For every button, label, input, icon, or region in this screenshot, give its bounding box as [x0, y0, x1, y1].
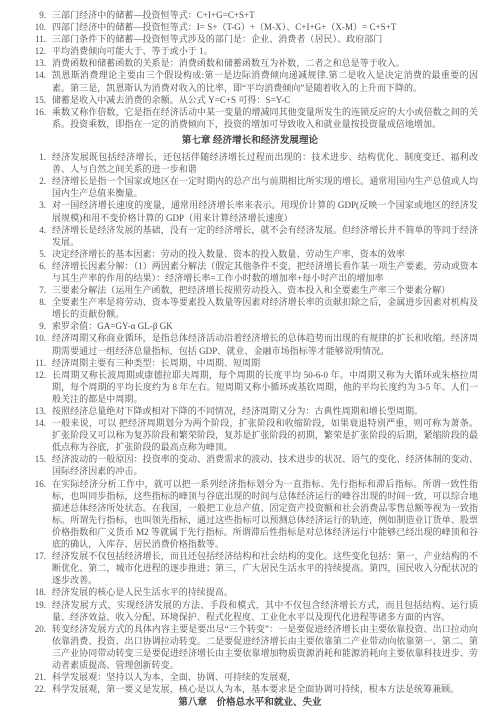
- item-number: 8.: [28, 296, 46, 308]
- list-item: 17.经济发展不仅包括经济增长，而且还包括经济结构和社会结构的变化。这些变化包括…: [52, 550, 478, 586]
- item-number: 11.: [28, 357, 46, 369]
- list-item: 6.经济增长因素分解：（1）两因素分解法（假定其他条件不变，把经济增长看作某一项…: [52, 260, 478, 284]
- list-item: 10.四部门经济中的储蓄—投资恒等式：I= S+（T-G）+（M-X）、C+I+…: [52, 21, 478, 33]
- chapter8-heading: 第八章 价格总水平和就业、失业: [0, 697, 500, 707]
- item-number: 9.: [28, 320, 46, 332]
- item-number: 13.: [28, 405, 46, 417]
- list-item: 9.三部门经济中的储蓄—投资恒等式：C+I+G=C+S+T: [52, 9, 478, 21]
- list-item: 15.经济波动的一般原因：投资率的变动、消费需求的波动、技术进步的状况、语气的变…: [52, 453, 478, 477]
- item-text: 按照经济总量绝对下降或相对下降的不同情况，经济周期又分为：古典性周期和增长型周期…: [52, 406, 423, 416]
- list-item: 20.转变经济发展方式的具体内容主要是要出尽“三个转变”：一是要促进经济增长由主…: [52, 623, 478, 671]
- list-item: 9.索罗余值：GA=GY-α GL-β GK: [52, 320, 478, 332]
- item-text: 经济周期主要有三种类型：长周期、中周期、短周期: [52, 358, 260, 368]
- list-item: 2.经济增长是指一个国家或地区在一定时期内的总产出与前期相比所实现的增长。通常用…: [52, 175, 478, 199]
- item-number: 11.: [28, 33, 46, 45]
- item-number: 1.: [28, 151, 46, 163]
- list-item: 11.经济周期主要有三种类型：长周期、中周期、短周期: [52, 357, 478, 369]
- list-item: 12.平均消费倾向可能大于、等于或小于 1。: [52, 45, 478, 57]
- list-item: 16.乘数又称作倍数，它是指在经济活动中某一变量的增减同其他变量所发生的连锁反应…: [52, 106, 478, 130]
- list-item: 14.一般来说，可以 把经济周期划分为两个阶段，扩张阶段和收缩阶段，如果衰退特别…: [52, 417, 478, 453]
- list-item: 13.按照经济总量绝对下降或相对下降的不同情况，经济周期又分为：古典性周期和增长…: [52, 405, 478, 417]
- list-item: 7.三要素分解法（运用生产函数，把经济增长按照劳动投入、资本投入和全要素生产率三…: [52, 284, 478, 296]
- item-text: 凯恩斯消费理论主要由三个假设构成:第一是边际消费倾向递减规律.第二是收入是决定消…: [52, 70, 478, 92]
- item-text: 对一国经济增长速度的度量，通常用经济增长率来表示。用现价计算的 GDP(反映一个…: [52, 200, 478, 222]
- item-text: 经济发展方式，实现经济发展的方法、手段和模式，其中不仅包含经济增长方式，而且包括…: [52, 600, 478, 622]
- item-number: 20.: [28, 623, 46, 635]
- item-number: 16.: [28, 106, 46, 118]
- item-text: 决定经济增长的基本因素：劳动的投入数量、资本的投入数量、劳动生产率、资本的效率: [52, 249, 405, 259]
- item-number: 21.: [28, 671, 46, 683]
- item-text: 长周期又称长波周期或康德拉耶夫周期，每个周期的长度平均 50-6-0 年。中周期…: [52, 370, 478, 404]
- document-page: 9.三部门经济中的储蓄—投资恒等式：C+I+G=C+S+T10.四部门经济中的储…: [0, 0, 500, 707]
- item-text: 经济增长因素分解：（1）两因素分解法（假定其他条件不变，把经济增长看作某一项生产…: [52, 261, 478, 283]
- list-item: 13.消费函数和储蓄函数的关系是：消费函数和储蓄函数互为补数，二者之和总是等于收…: [52, 57, 478, 69]
- list-item: 4.经济增长是经济发展的基础，没有一定的经济增长，就不会有经济发展。但经济增长并…: [52, 224, 478, 248]
- item-number: 15.: [28, 453, 46, 465]
- item-text: 在实际经济分析工作中，就可以把一系列经济指标划分为一直指标、先行指标和滞后指标。…: [52, 479, 478, 549]
- item-number: 7.: [28, 284, 46, 296]
- item-number: 4.: [28, 224, 46, 236]
- item-text: 全要素生产率是将劳动、资本等要素投入数量等因素对经济增长率的贡献扣除之后，金属进…: [52, 297, 478, 319]
- list-item: 8.全要素生产率是将劳动、资本等要素投入数量等因素对经济增长率的贡献扣除之后，金…: [52, 296, 478, 320]
- item-number: 14.: [28, 417, 46, 429]
- list-item: 11.三部门条件下的储蓄—投资恒等式涉及的部门是：企业、消费者（居民）、政府部门: [52, 33, 478, 45]
- item-text: 储蓄是收入中减去消费的余额。从公式 Y=C+S 可得：S=Y-C: [52, 95, 290, 105]
- list-item: 12.长周期又称长波周期或康德拉耶夫周期，每个周期的长度平均 50-6-0 年。…: [52, 369, 478, 405]
- list-item: 21.科学发展观：坚持以人为本，全面、协调、可持续的发展观，: [52, 671, 478, 683]
- item-number: 3.: [28, 199, 46, 211]
- item-number: 22.: [28, 683, 46, 695]
- chapter6-notes-list: 9.三部门经济中的储蓄—投资恒等式：C+I+G=C+S+T10.四部门经济中的储…: [0, 9, 500, 130]
- item-number: 14.: [28, 69, 46, 81]
- list-item: 14.凯恩斯消费理论主要由三个假设构成:第一是边际消费倾向递减规律.第二是收入是…: [52, 69, 478, 93]
- item-text: 经济发展既包括经济增长，还包括伴随经济增长过程而出现的：技术进步、结构优化、制度…: [52, 152, 478, 174]
- chapter7-heading: 第七章 经济增长和经济发展理论: [0, 135, 500, 147]
- item-text: 一般来说，可以 把经济周期划分为两个阶段，扩张阶段和收缩阶段，如果衰退特别严重，…: [52, 418, 478, 452]
- item-text: 三部门条件下的储蓄—投资恒等式涉及的部门是：企业、消费者（居民）、政府部门: [52, 34, 382, 44]
- item-number: 9.: [28, 9, 46, 21]
- item-number: 13.: [28, 57, 46, 69]
- item-number: 18.: [28, 586, 46, 598]
- item-text: 经济发展的核心是人民生活水平的持续提高。: [52, 587, 233, 597]
- item-text: 科学发展观：坚持以人为本，全面、协调、可持续的发展观，: [52, 672, 296, 682]
- item-number: 5.: [28, 248, 46, 260]
- item-text: 三部门经济中的储蓄—投资恒等式：C+I+G=C+S+T: [52, 10, 255, 20]
- item-number: 10.: [28, 21, 46, 33]
- item-number: 2.: [28, 175, 46, 187]
- item-text: 乘数又称作倍数，它是指在经济活动中某一变量的增减同其他变量所发生的连锁反应的大小…: [52, 107, 478, 129]
- list-item: 19.经济发展方式，实现经济发展的方法、手段和模式，其中不仅包含经济增长方式，而…: [52, 599, 478, 623]
- item-text: 消费函数和储蓄函数的关系是：消费函数和储蓄函数互为补数，二者之和总是等于收入。: [52, 58, 405, 68]
- item-text: 经济波动的一般原因：投资率的变动、消费需求的波动、技术进步的状况、语气的变化、经…: [52, 454, 478, 476]
- list-item: 15.储蓄是收入中减去消费的余额。从公式 Y=C+S 可得：S=Y-C: [52, 94, 478, 106]
- list-item: 22.科学发展观，第一要义是发展，核心是以人为本，基本要求是全面协调可持续，根本…: [52, 683, 478, 695]
- list-item: 16.在实际经济分析工作中，就可以把一系列经济指标划分为一直指标、先行指标和滞后…: [52, 478, 478, 551]
- item-text: 经济增长是经济发展的基础，没有一定的经济增长，就不会有经济发展。但经济增长并不简…: [52, 225, 478, 247]
- list-item: 1.经济发展既包括经济增长，还包括伴随经济增长过程而出现的：技术进步、结构优化、…: [52, 151, 478, 175]
- item-text: 经济发展不仅包括经济增长，而且还包括经济结构和社会结构的变化。这些变化包括：第一…: [52, 551, 478, 585]
- list-item: 10.经济周期又称商业循环，是指总体经济活动沿着经济增长的总体趋势而出现的有规律…: [52, 332, 478, 356]
- item-text: 四部门经济中的储蓄—投资恒等式：I= S+（T-G）+（M-X）、C+I+G+（…: [52, 22, 396, 32]
- item-number: 17.: [28, 550, 46, 562]
- item-number: 6.: [28, 260, 46, 272]
- item-text: 平均消费倾向可能大于、等于或小于 1。: [52, 46, 213, 56]
- item-number: 12.: [28, 369, 46, 381]
- item-number: 15.: [28, 94, 46, 106]
- item-text: 经济周期又称商业循环，是指总体经济活动沿着经济增长的总体趋势而出现的有规律的扩长…: [52, 333, 478, 355]
- list-item: 3.对一国经济增长速度的度量，通常用经济增长率来表示。用现价计算的 GDP(反映…: [52, 199, 478, 223]
- item-text: 索罗余值：GA=GY-α GL-β GK: [52, 321, 173, 331]
- item-number: 19.: [28, 599, 46, 611]
- item-text: 三要素分解法（运用生产函数，把经济增长按照劳动投入、资本投入和全要素生产率三个要…: [52, 285, 450, 295]
- item-text: 转变经济发展方式的具体内容主要是要出尽“三个转变”：一是要促进经济增长由主要依靠…: [52, 624, 478, 670]
- chapter7-notes-list: 1.经济发展既包括经济增长，还包括伴随经济增长过程而出现的：技术进步、结构优化、…: [0, 151, 500, 695]
- list-item: 18.经济发展的核心是人民生活水平的持续提高。: [52, 586, 478, 598]
- list-item: 5.决定经济增长的基本因素：劳动的投入数量、资本的投入数量、劳动生产率、资本的效…: [52, 248, 478, 260]
- item-text: 经济增长是指一个国家或地区在一定时期内的总产出与前期相比所实现的增长。通常用国内…: [52, 176, 478, 198]
- item-text: 科学发展观，第一要义是发展，核心是以人为本，基本要求是全面协调可持续，根本方法是…: [52, 684, 459, 694]
- item-number: 10.: [28, 332, 46, 344]
- item-number: 16.: [28, 478, 46, 490]
- item-number: 12.: [28, 45, 46, 57]
